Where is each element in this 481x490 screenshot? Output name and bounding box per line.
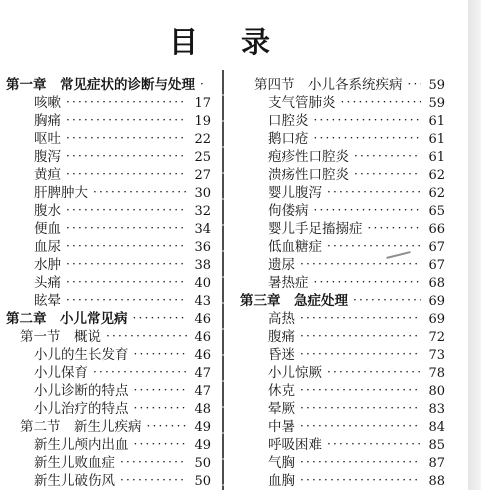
toc-page-number: 17	[191, 95, 211, 112]
toc-row: 小儿治疗的特点 48	[6, 400, 211, 418]
toc-row: 胸痛 19	[6, 112, 211, 130]
toc-page-number: 69	[425, 311, 445, 328]
toc-page-number: 67	[425, 257, 445, 274]
toc-entry-label: 疱疹性口腔炎	[268, 148, 349, 166]
toc-row: 第三章 急症处理 69	[240, 292, 445, 310]
toc-entry-label: 呕吐	[34, 130, 61, 148]
toc-row: 第二章 小儿常见病 46	[6, 310, 211, 328]
dot-leader	[300, 418, 421, 436]
toc-entry-label: 溃疡性口腔炎	[268, 166, 349, 184]
toc-row: 婴儿手足搐搦症 66	[240, 220, 445, 238]
toc-row: 小儿保育 47	[6, 364, 211, 382]
dot-leader	[147, 418, 188, 436]
toc-page-number: 47	[191, 365, 211, 382]
dot-leader	[314, 202, 422, 220]
toc-row: 小儿诊断的特点 47	[6, 382, 211, 400]
toc-page-number: 83	[425, 401, 445, 418]
column-divider-line	[222, 70, 224, 490]
toc-row: 佝偻病 65	[240, 202, 445, 220]
toc-page-number: 38	[191, 257, 211, 274]
toc-entry-label: 小儿治疗的特点	[34, 400, 129, 418]
toc-page-number: 73	[425, 347, 445, 364]
toc-page-number: 61	[425, 131, 445, 148]
toc-row: 呼吸困难 85	[240, 436, 445, 454]
dot-leader	[93, 364, 187, 382]
dot-leader	[66, 202, 187, 220]
dot-leader	[134, 382, 188, 400]
toc-row: 支气管肺炎 59	[240, 94, 445, 112]
toc-page-number: 30	[191, 185, 211, 202]
dot-leader	[314, 130, 422, 148]
toc-row: 第四节 小儿各系统疾病 59	[240, 76, 445, 94]
toc-page-number: 27	[191, 167, 211, 184]
toc-page-number: 50	[191, 455, 211, 472]
toc-page-number: 25	[191, 149, 211, 166]
toc-page-number: 84	[425, 419, 445, 436]
dot-leader	[368, 220, 422, 238]
toc-row: 小儿惊厥 78	[240, 364, 445, 382]
toc-page-number: 48	[191, 401, 211, 418]
dot-leader	[66, 94, 187, 112]
toc-entry-label: 胸痛	[34, 112, 61, 130]
toc-entry-label: 低血糖症	[268, 238, 322, 256]
toc-entry-label: 第二节 新生儿疾病	[20, 418, 142, 436]
dot-leader	[66, 166, 187, 184]
dot-leader	[354, 166, 421, 184]
toc-page-number: 17	[210, 77, 211, 94]
toc-entry-label: 肝脾肿大	[34, 184, 88, 202]
toc-entry-label: 呼吸困难	[268, 436, 322, 454]
toc-page-number: 43	[191, 293, 211, 310]
toc-entry-label: 腹泻	[34, 148, 61, 166]
toc-entry-label: 暑热症	[268, 274, 309, 292]
toc-row: 第一节 概说 46	[6, 328, 211, 346]
scan-page-edge	[468, 0, 481, 490]
toc-entry-label: 黄疸	[34, 166, 61, 184]
dot-leader	[300, 400, 421, 418]
toc-entry-label: 腹水	[34, 202, 61, 220]
toc-entry-label: 婴儿腹泻	[268, 184, 322, 202]
toc-page-number: 67	[425, 239, 445, 256]
dot-leader	[93, 184, 187, 202]
toc-page-number: 68	[425, 275, 445, 292]
toc-entry-label: 佝偻病	[268, 202, 309, 220]
toc-page-number: 61	[425, 149, 445, 166]
dot-leader	[120, 472, 187, 490]
dot-leader	[66, 256, 187, 274]
toc-entry-label: 气胸	[268, 454, 295, 472]
dot-leader	[314, 274, 422, 292]
toc-entry-label: 口腔炎	[268, 112, 309, 130]
toc-entry-label: 咳嗽	[34, 94, 61, 112]
toc-row: 中暑 84	[240, 418, 445, 436]
dot-leader	[134, 346, 188, 364]
toc-page-number: 46	[191, 329, 211, 346]
dot-leader	[133, 310, 188, 328]
toc-page-number: 59	[425, 77, 445, 94]
toc-page-number: 72	[425, 329, 445, 346]
toc-row: 血尿 36	[6, 238, 211, 256]
toc-row: 呕吐 22	[6, 130, 211, 148]
toc-page-number: 65	[425, 203, 445, 220]
dot-leader	[120, 454, 187, 472]
toc-row: 晕厥 83	[240, 400, 445, 418]
toc-entry-label: 高热	[268, 310, 295, 328]
toc-entry-label: 鹅口疮	[268, 130, 309, 148]
toc-row: 头痛 40	[6, 274, 211, 292]
dot-leader	[66, 292, 187, 310]
dot-leader	[66, 274, 187, 292]
dot-leader	[341, 94, 422, 112]
toc-page-number: 22	[191, 131, 211, 148]
dot-leader	[106, 328, 187, 346]
dot-leader	[300, 472, 421, 490]
toc-entry-label: 休克	[268, 382, 295, 400]
dot-leader	[66, 238, 187, 256]
toc-row: 气胸 87	[240, 454, 445, 472]
dot-leader	[314, 112, 422, 130]
dot-leader	[134, 400, 188, 418]
toc-row: 新生儿颅内出血 49	[6, 436, 211, 454]
toc-row: 高热 69	[240, 310, 445, 328]
toc-entry-label: 第一节 概说	[20, 328, 101, 346]
toc-page-number: 46	[191, 311, 211, 328]
toc-entry-label: 婴儿手足搐搦症	[268, 220, 363, 238]
dot-leader	[353, 292, 421, 310]
page-title: 目 录	[0, 20, 446, 61]
toc-entry-label: 第二章 小儿常见病	[6, 310, 128, 328]
dot-leader	[200, 76, 206, 94]
toc-page-number: 85	[425, 437, 445, 454]
toc-row: 黄疸 27	[6, 166, 211, 184]
toc-row: 腹痛 72	[240, 328, 445, 346]
dot-leader	[300, 382, 421, 400]
toc-entry-label: 小儿惊厥	[268, 364, 322, 382]
dot-leader	[327, 184, 421, 202]
toc-entry-label: 头痛	[34, 274, 61, 292]
toc-entry-label: 水肿	[34, 256, 61, 274]
toc-entry-label: 血尿	[34, 238, 61, 256]
toc-entry-label: 新生儿颅内出血	[34, 436, 129, 454]
toc-entry-label: 小儿诊断的特点	[34, 382, 129, 400]
toc-entry-label: 晕厥	[268, 400, 295, 418]
dot-leader	[300, 310, 421, 328]
toc-entry-label: 支气管肺炎	[268, 94, 336, 112]
toc-page-number: 66	[425, 221, 445, 238]
toc-page-number: 34	[191, 221, 211, 238]
toc-row: 便血 34	[6, 220, 211, 238]
toc-row: 水肿 38	[6, 256, 211, 274]
dot-leader	[66, 112, 187, 130]
toc-page-number: 49	[191, 419, 211, 436]
dot-leader	[327, 436, 421, 454]
toc-row: 暑热症 68	[240, 274, 445, 292]
toc-page-number: 40	[191, 275, 211, 292]
dot-leader	[300, 328, 421, 346]
toc-entry-label: 血胸	[268, 472, 295, 490]
toc-row: 第一章 常见症状的诊断与处理 17	[6, 76, 211, 94]
toc-row: 小儿的生长发育 46	[6, 346, 211, 364]
toc-entry-label: 遗尿	[268, 256, 295, 274]
toc-page-number: 61	[425, 113, 445, 130]
toc-page-number: 49	[191, 437, 211, 454]
toc-page-number: 62	[425, 185, 445, 202]
toc-page-number: 32	[191, 203, 211, 220]
toc-row: 肝脾肿大 30	[6, 184, 211, 202]
toc-entry-label: 中暑	[268, 418, 295, 436]
toc-page-number: 80	[425, 383, 445, 400]
toc-row: 腹泻 25	[6, 148, 211, 166]
toc-page-number: 59	[425, 95, 445, 112]
toc-columns: 第一章 常见症状的诊断与处理 17 咳嗽 17 胸痛 19 呕吐 22 腹泻 2…	[6, 76, 445, 490]
toc-page-number: 19	[191, 113, 211, 130]
toc-row: 口腔炎 61	[240, 112, 445, 130]
toc-row: 休克 80	[240, 382, 445, 400]
toc-row: 鹅口疮 61	[240, 130, 445, 148]
toc-row: 婴儿腹泻 62	[240, 184, 445, 202]
dot-leader	[66, 130, 187, 148]
toc-row: 昏迷 73	[240, 346, 445, 364]
dot-leader	[66, 220, 187, 238]
toc-row: 疱疹性口腔炎 61	[240, 148, 445, 166]
dot-leader	[408, 76, 422, 94]
toc-page-number: 36	[191, 239, 211, 256]
dot-leader	[300, 346, 421, 364]
toc-entry-label: 便血	[34, 220, 61, 238]
dot-leader	[66, 148, 187, 166]
toc-entry-label: 新生儿败血症	[34, 454, 115, 472]
dot-leader	[134, 436, 188, 454]
toc-row: 咳嗽 17	[6, 94, 211, 112]
dot-leader	[300, 256, 421, 274]
toc-row: 低血糖症 67	[240, 238, 445, 256]
toc-page-number: 50	[191, 473, 211, 490]
toc-entry-label: 眩晕	[34, 292, 61, 310]
toc-entry-label: 腹痛	[268, 328, 295, 346]
toc-page-number: 69	[425, 293, 445, 310]
dot-leader	[327, 364, 421, 382]
toc-row: 新生儿破伤风 50	[6, 472, 211, 490]
toc-entry-label: 第三章 急症处理	[240, 292, 348, 310]
toc-column-right: 第四节 小儿各系统疾病 59 支气管肺炎 59 口腔炎 61 鹅口疮 61 疱疹…	[240, 76, 445, 490]
toc-page-number: 46	[191, 347, 211, 364]
toc-page-number: 78	[425, 365, 445, 382]
toc-entry-label: 小儿的生长发育	[34, 346, 129, 364]
toc-entry-label: 第一章 常见症状的诊断与处理	[6, 76, 195, 94]
toc-page-number: 47	[191, 383, 211, 400]
toc-column-left: 第一章 常见症状的诊断与处理 17 咳嗽 17 胸痛 19 呕吐 22 腹泻 2…	[6, 76, 211, 490]
toc-page-number: 88	[425, 473, 445, 490]
toc-row: 眩晕 43	[6, 292, 211, 310]
toc-row: 腹水 32	[6, 202, 211, 220]
toc-entry-label: 昏迷	[268, 346, 295, 364]
dot-leader	[300, 454, 421, 472]
toc-page-number: 87	[425, 455, 445, 472]
toc-row: 遗尿 67	[240, 256, 445, 274]
toc-row: 第二节 新生儿疾病 49	[6, 418, 211, 436]
toc-entry-label: 小儿保育	[34, 364, 88, 382]
toc-row: 新生儿败血症 50	[6, 454, 211, 472]
toc-page-number: 62	[425, 167, 445, 184]
toc-row: 溃疡性口腔炎 62	[240, 166, 445, 184]
dot-leader	[354, 148, 421, 166]
toc-row: 血胸 88	[240, 472, 445, 490]
toc-entry-label: 第四节 小儿各系统疾病	[254, 76, 403, 94]
toc-entry-label: 新生儿破伤风	[34, 472, 115, 490]
